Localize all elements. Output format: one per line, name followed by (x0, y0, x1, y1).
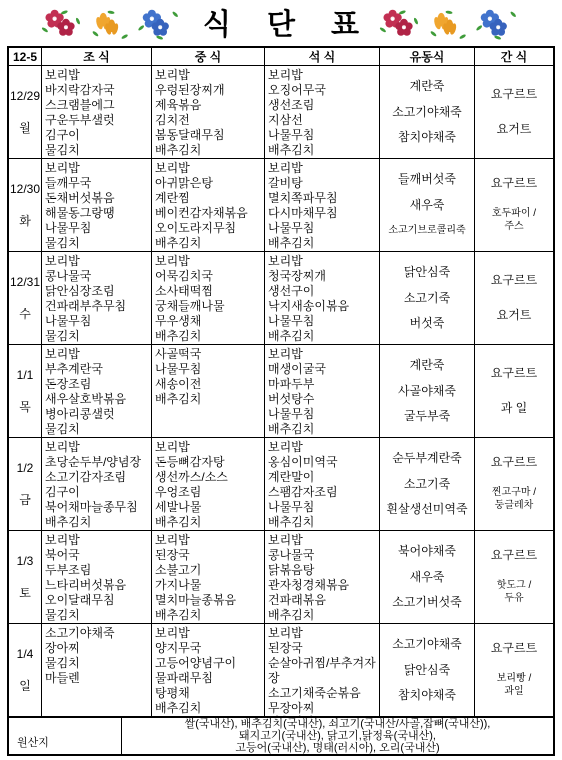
date-text: 12/29 (10, 89, 40, 103)
liquid-diet-cell: 소고기야채죽닭안심죽참치야채죽 (380, 624, 475, 716)
menu-item: 관자청경채볶음 (268, 578, 378, 593)
menu-item: 소고기죽 (404, 292, 450, 305)
menu-item: 새우죽 (410, 199, 445, 212)
dinner-cell: 보리밥매생이굴국마파두부버섯탕수나물무침배추김치 (265, 345, 380, 437)
origin-line: 고등어(국내산), 명태(러시아), 오리(국내산) (235, 742, 439, 754)
menu-item: 배추김치 (155, 608, 263, 623)
menu-item: 배추김치 (155, 392, 263, 407)
date-cell: 12/29 월 (9, 66, 42, 158)
menu-item: 오이달래무침 (45, 593, 150, 608)
menu-item: 궁채들깨나물 (155, 299, 263, 314)
meal-table: 12-5 조 식 중 식 석 식 유동식 간 식 12/29 월 보리밥바지락감… (7, 46, 555, 756)
menu-item: 나물무침 (268, 500, 378, 515)
menu-item: 부추계란국 (45, 362, 150, 377)
menu-item: 나물무침 (45, 221, 150, 236)
origin-line: 돼지고기(국내산), 닭고기,닭정육(국내산), (239, 730, 436, 742)
menu-item: 물김치 (45, 143, 150, 158)
menu-item: 참치야채죽 (398, 131, 456, 144)
breakfast-cell: 보리밥부추계란국돈장조림새우살호박볶음병아리콩샐럿물김치 (42, 345, 152, 437)
menu-row: 1/2 금 보리밥초당순두부/양념장소고기감자조림김구이북어채마늘종무침배추김치… (9, 438, 553, 531)
dinner-cell: 보리밥옹심이미역국계란말이스팸감자조림나물무침배추김치 (265, 438, 380, 530)
menu-item: 우엉조림 (155, 485, 263, 500)
menu-item: 멸치마늘종볶음 (155, 593, 263, 608)
menu-item: 보리밥 (45, 68, 150, 83)
menu-item: 닭안심죽 (404, 664, 450, 677)
menu-item: 소고기버섯죽 (392, 596, 462, 609)
menu-item: 베이컨감자채볶음 (155, 206, 263, 221)
date-cell: 1/3 토 (9, 531, 42, 623)
menu-item: 북어국 (45, 548, 150, 563)
breakfast-cell: 소고기야채죽장아찌물김치마들렌 (42, 624, 152, 716)
menu-item: 보리밥 (268, 68, 378, 83)
menu-item: 과 일 (501, 402, 528, 415)
menu-item: 새송이전 (155, 377, 263, 392)
liquid-diet-cell: 북어야채죽새우죽소고기버섯죽 (380, 531, 475, 623)
snack-cell: 요구르트보리빵 / 과일 (475, 624, 553, 716)
breakfast-cell: 보리밥콩나물국닭안심장조림건파래부추무침나물무침물김치 (42, 252, 152, 344)
menu-item: 보리밥 (45, 161, 150, 176)
menu-item: 북어야채죽 (398, 545, 456, 558)
menu-item: 사골떡국 (155, 347, 263, 362)
menu-item: 닭안심죽 (404, 266, 450, 279)
menu-item: 생선구이 (268, 284, 378, 299)
menu-item: 소불고기 (155, 563, 263, 578)
menu-item: 초당순두부/양념장 (45, 455, 150, 470)
snack-cell: 요구르트요거트 (475, 66, 553, 158)
date-text: 1/4 (17, 647, 34, 661)
menu-item: 마들렌 (45, 671, 150, 686)
page-title: 식 단 표 (189, 4, 373, 46)
menu-item: 보리밥 (45, 254, 150, 269)
menu-item: 들깨버섯죽 (398, 173, 456, 186)
menu-item: 배추김치 (268, 329, 378, 344)
day-of-week: 토 (19, 584, 31, 601)
menu-item: 북어채마늘종무침 (45, 500, 150, 515)
menu-item: 요거트 (497, 309, 532, 322)
origin-row: 원산지 쌀(국내산), 배추김치(국내산), 쇠고기(국내산/사골,잡뼈(국내산… (9, 717, 553, 754)
lunch-cell: 보리밥우렁된장찌개제육볶음김치전봄동달래무침배추김치 (152, 66, 265, 158)
date-text: 1/1 (17, 368, 34, 382)
menu-item: 순살아귀찜/부추겨자장 (268, 656, 378, 686)
menu-item: 양지무국 (155, 641, 263, 656)
dinner-cell: 보리밥오징어무국생선조림지삼선나물무침배추김치 (265, 66, 380, 158)
column-header-liquid: 유동식 (380, 48, 475, 65)
date-cell: 1/1 목 (9, 345, 42, 437)
menu-item: 계란죽 (410, 359, 445, 372)
menu-item: 요구르트 (491, 642, 537, 655)
menu-item: 소고기채죽순볶음 (268, 686, 378, 701)
menu-item: 소고기죽 (404, 478, 450, 491)
menu-item: 소고기야채죽 (45, 626, 150, 641)
menu-item: 봄동달래무침 (155, 128, 263, 143)
date-cell: 1/2 금 (9, 438, 42, 530)
menu-item: 배추김치 (268, 143, 378, 158)
origin-label: 원산지 (9, 718, 122, 754)
menu-item: 배추김치 (268, 515, 378, 530)
lunch-cell: 보리밥양지무국고등어양념구이물파래무침탕평채배추김치 (152, 624, 265, 716)
date-text: 1/3 (17, 554, 34, 568)
menu-item: 요구르트 (491, 549, 537, 562)
menu-item: 스팸감자조림 (268, 485, 378, 500)
menu-item: 구운두부샐럿 (45, 113, 150, 128)
menu-item: 건파래볶음 (268, 593, 378, 608)
menu-item: 마파두부 (268, 377, 378, 392)
menu-item: 보리밥 (268, 347, 378, 362)
menu-item: 세발나물 (155, 500, 263, 515)
day-of-week: 금 (19, 491, 31, 508)
flower-decoration-right (379, 6, 521, 44)
menu-item: 배추김치 (268, 608, 378, 623)
menu-item: 물김치 (45, 608, 150, 623)
menu-row: 1/4 일 소고기야채죽장아찌물김치마들렌 보리밥양지무국고등어양념구이물파래무… (9, 624, 553, 717)
menu-item: 배추김치 (155, 143, 263, 158)
menu-item: 건파래부추무침 (45, 299, 150, 314)
menu-item: 나물무침 (45, 314, 150, 329)
menu-item: 버섯죽 (410, 317, 445, 330)
menu-item: 가지나물 (155, 578, 263, 593)
menu-item: 느타리버섯볶음 (45, 578, 150, 593)
menu-item: 소고기감자조림 (45, 470, 150, 485)
date-cell: 1/4 일 (9, 624, 42, 716)
origin-line: 쌀(국내산), 배추김치(국내산), 쇠고기(국내산/사골,잡뼈(국내산)), (185, 718, 491, 730)
menu-item: 지삼선 (268, 113, 378, 128)
menu-item: 계란말이 (268, 470, 378, 485)
menu-item: 두부조림 (45, 563, 150, 578)
breakfast-cell: 보리밥들깨무국돈채버섯볶음해물동그랑땡나물무침물김치 (42, 159, 152, 251)
menu-item: 버섯탕수 (268, 392, 378, 407)
menu-item: 소고기브로콜리죽 (388, 224, 465, 237)
day-of-week: 목 (19, 398, 31, 415)
menu-item: 청국장찌개 (268, 269, 378, 284)
day-of-week: 일 (19, 677, 31, 694)
menu-item: 우렁된장찌개 (155, 83, 263, 98)
menu-item: 보리밥 (155, 161, 263, 176)
menu-item: 배추김치 (268, 422, 378, 437)
menu-item: 나물무침 (155, 362, 263, 377)
menu-item: 어묵김치국 (155, 269, 263, 284)
table-header-row: 12-5 조 식 중 식 석 식 유동식 간 식 (9, 48, 553, 66)
menu-item: 물김치 (45, 236, 150, 251)
menu-item: 나물무침 (268, 221, 378, 236)
menu-item: 낙지새송이볶음 (268, 299, 378, 314)
menu-item: 오징어무국 (268, 83, 378, 98)
column-header-snack: 간 식 (475, 48, 553, 65)
menu-item: 탕평채 (155, 686, 263, 701)
menu-item: 보리밥 (268, 626, 378, 641)
lunch-cell: 보리밥어묵김치국소사태떡찜궁채들깨나물무우생채배추김치 (152, 252, 265, 344)
menu-item: 병아리콩샐럿 (45, 407, 150, 422)
lunch-cell: 사골떡국나물무침새송이전배추김치 (152, 345, 265, 437)
menu-item: 요구르트 (491, 456, 537, 469)
menu-item: 나물무침 (268, 128, 378, 143)
menu-item: 해물동그랑땡 (45, 206, 150, 221)
menu-body: 12/29 월 보리밥바지락감자국스크램블에그구운두부샐럿김구이물김치 보리밥우… (9, 66, 553, 717)
dinner-cell: 보리밥갈비탕멸치쪽파무침다시마채무침나물무침배추김치 (265, 159, 380, 251)
menu-item: 보리빵 / 과일 (497, 672, 532, 698)
menu-item: 보리밥 (268, 533, 378, 548)
menu-item: 보리밥 (268, 161, 378, 176)
menu-item: 보리밥 (45, 347, 150, 362)
menu-item: 배추김치 (268, 715, 378, 716)
day-of-week: 화 (19, 212, 31, 229)
snack-cell: 요구르트찐고구마 / 둥글레차 (475, 438, 553, 530)
date-text: 1/2 (17, 461, 34, 475)
menu-item: 순두부계란죽 (392, 452, 462, 465)
menu-item: 콩나물국 (45, 269, 150, 284)
menu-item: 굴두부죽 (404, 410, 450, 423)
snack-cell: 요구르트핫도그 / 두유 (475, 531, 553, 623)
menu-item: 새우살호박볶음 (45, 392, 150, 407)
menu-item: 계란죽 (410, 80, 445, 93)
menu-item: 요구르트 (491, 177, 537, 190)
menu-item: 참치야채죽 (398, 689, 456, 702)
menu-item: 장아찌 (45, 641, 150, 656)
menu-item: 보리밥 (268, 440, 378, 455)
lunch-cell: 보리밥돈등뼈감자탕생선까스/소스우엉조림세발나물배추김치 (152, 438, 265, 530)
menu-item: 흰살생선미역죽 (386, 503, 467, 516)
menu-item: 바지락감자국 (45, 83, 150, 98)
menu-item: 물김치 (45, 329, 150, 344)
date-cell: 12/31 수 (9, 252, 42, 344)
menu-item: 소사태떡찜 (155, 284, 263, 299)
date-range-label: 12-5 (9, 48, 42, 65)
menu-item: 돈장조림 (45, 377, 150, 392)
menu-item: 물김치 (45, 656, 150, 671)
menu-row: 1/3 토 보리밥북어국두부조림느타리버섯볶음오이달래무침물김치 보리밥된장국소… (9, 531, 553, 624)
liquid-diet-cell: 계란죽사골야채죽굴두부죽 (380, 345, 475, 437)
menu-item: 계란찜 (155, 191, 263, 206)
menu-row: 1/1 목 보리밥부추계란국돈장조림새우살호박볶음병아리콩샐럿물김치 사골떡국나… (9, 345, 553, 438)
menu-row: 12/31 수 보리밥콩나물국닭안심장조림건파래부추무침나물무침물김치 보리밥어… (9, 252, 553, 345)
menu-item: 찐고구마 / 둥글레차 (492, 486, 536, 512)
menu-item: 배추김치 (155, 515, 263, 530)
menu-item: 들깨무국 (45, 176, 150, 191)
menu-item: 제육볶음 (155, 98, 263, 113)
menu-item: 김구이 (45, 485, 150, 500)
menu-item: 배추김치 (155, 329, 263, 344)
menu-item: 소고기야채죽 (392, 106, 462, 119)
liquid-diet-cell: 들깨버섯죽새우죽소고기브로콜리죽 (380, 159, 475, 251)
menu-item: 아귀맑은탕 (155, 176, 263, 191)
menu-item: 보리밥 (268, 254, 378, 269)
menu-item: 돈채버섯볶음 (45, 191, 150, 206)
menu-item: 호두파이 / 주스 (492, 207, 536, 233)
origin-text: 쌀(국내산), 배추김치(국내산), 쇠고기(국내산/사골,잡뼈(국내산)), … (122, 718, 553, 754)
dinner-cell: 보리밥청국장찌개생선구이낙지새송이볶음나물무침배추김치 (265, 252, 380, 344)
menu-item: 김구이 (45, 128, 150, 143)
menu-item: 물파래무침 (155, 671, 263, 686)
menu-item: 나물무침 (268, 407, 378, 422)
flower-decoration-left (41, 6, 183, 44)
title-banner: 식 단 표 (7, 4, 555, 46)
breakfast-cell: 보리밥초당순두부/양념장소고기감자조림김구이북어채마늘종무침배추김치 (42, 438, 152, 530)
menu-item: 매생이굴국 (268, 362, 378, 377)
menu-item: 생선조림 (268, 98, 378, 113)
menu-item: 갈비탕 (268, 176, 378, 191)
menu-item: 보리밥 (155, 440, 263, 455)
menu-item: 돈등뼈감자탕 (155, 455, 263, 470)
menu-item: 다시마채무침 (268, 206, 378, 221)
day-of-week: 월 (19, 119, 31, 136)
dinner-cell: 보리밥된장국순살아귀찜/부추겨자장소고기채죽순볶음무장아찌배추김치 (265, 624, 380, 716)
menu-item: 나물무침 (268, 314, 378, 329)
menu-item: 오이도라지무침 (155, 221, 263, 236)
menu-item: 요구르트 (491, 88, 537, 101)
menu-row: 12/30 화 보리밥들깨무국돈채버섯볶음해물동그랑땡나물무침물김치 보리밥아귀… (9, 159, 553, 252)
menu-item: 닭안심장조림 (45, 284, 150, 299)
menu-item: 김치전 (155, 113, 263, 128)
menu-item: 생선까스/소스 (155, 470, 263, 485)
menu-item: 보리밥 (155, 533, 263, 548)
menu-item: 고등어양념구이 (155, 656, 263, 671)
menu-item: 배추김치 (268, 236, 378, 251)
menu-item: 된장국 (155, 548, 263, 563)
menu-item: 핫도그 / 두유 (497, 579, 532, 605)
day-of-week: 수 (19, 305, 31, 322)
column-header-lunch: 중 식 (152, 48, 265, 65)
breakfast-cell: 보리밥바지락감자국스크램블에그구운두부샐럿김구이물김치 (42, 66, 152, 158)
menu-item: 요거트 (497, 123, 532, 136)
liquid-diet-cell: 순두부계란죽소고기죽흰살생선미역죽 (380, 438, 475, 530)
liquid-diet-cell: 닭안심죽소고기죽버섯죽 (380, 252, 475, 344)
menu-item: 배추김치 (155, 701, 263, 716)
menu-item: 보리밥 (45, 533, 150, 548)
menu-item: 보리밥 (155, 68, 263, 83)
snack-cell: 요구르트요거트 (475, 252, 553, 344)
lunch-cell: 보리밥아귀맑은탕계란찜베이컨감자채볶음오이도라지무침배추김치 (152, 159, 265, 251)
date-text: 12/30 (10, 182, 40, 196)
liquid-diet-cell: 계란죽소고기야채죽참치야채죽 (380, 66, 475, 158)
snack-cell: 요구르트호두파이 / 주스 (475, 159, 553, 251)
date-cell: 12/30 화 (9, 159, 42, 251)
menu-item: 무우생채 (155, 314, 263, 329)
date-text: 12/31 (10, 275, 40, 289)
column-header-dinner: 석 식 (265, 48, 380, 65)
menu-row: 12/29 월 보리밥바지락감자국스크램블에그구운두부샐럿김구이물김치 보리밥우… (9, 66, 553, 159)
menu-item: 물김치 (45, 422, 150, 437)
dinner-cell: 보리밥콩나물국닭볶음탕관자청경채볶음건파래볶음배추김치 (265, 531, 380, 623)
breakfast-cell: 보리밥북어국두부조림느타리버섯볶음오이달래무침물김치 (42, 531, 152, 623)
menu-item: 배추김치 (155, 236, 263, 251)
menu-item: 보리밥 (155, 254, 263, 269)
menu-item: 사골야채죽 (398, 385, 456, 398)
menu-item: 무장아찌 (268, 701, 378, 716)
menu-item: 콩나물국 (268, 548, 378, 563)
menu-item: 멸치쪽파무침 (268, 191, 378, 206)
menu-item: 스크램블에그 (45, 98, 150, 113)
menu-item: 소고기야채죽 (392, 638, 462, 651)
lunch-cell: 보리밥된장국소불고기가지나물멸치마늘종볶음배추김치 (152, 531, 265, 623)
menu-item: 보리밥 (45, 440, 150, 455)
meal-plan-page: 식 단 표 12-5 조 식 중 식 석 식 유동식 간 식 12/29 월 보… (0, 0, 562, 760)
menu-item: 요구르트 (491, 274, 537, 287)
menu-item: 요구르트 (491, 367, 537, 380)
menu-item: 된장국 (268, 641, 378, 656)
menu-item: 배추김치 (45, 515, 150, 530)
column-header-breakfast: 조 식 (42, 48, 152, 65)
menu-item: 보리밥 (155, 626, 263, 641)
snack-cell: 요구르트과 일 (475, 345, 553, 437)
menu-item: 닭볶음탕 (268, 563, 378, 578)
menu-item: 새우죽 (410, 571, 445, 584)
menu-item: 옹심이미역국 (268, 455, 378, 470)
